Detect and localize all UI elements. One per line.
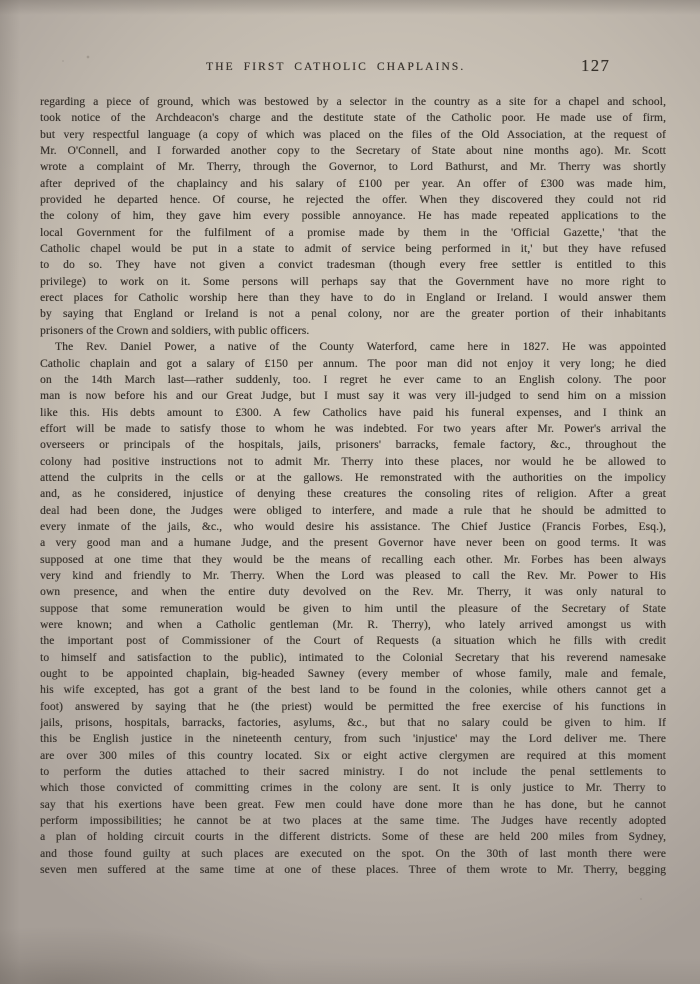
text-line: foot) answered by saying that he (the pr… (40, 699, 666, 715)
text-line: and those found guilty at such places ar… (40, 846, 666, 862)
text-line: every inmate of the jails, &c., who woul… (40, 519, 666, 535)
text-line: to himself and satisfaction to the publi… (40, 650, 666, 666)
running-title: THE FIRST CATHOLIC CHAPLAINS. (206, 61, 465, 73)
text-line: like this. His debts amount to £300. A f… (40, 405, 666, 421)
text-line: Catholic chapel would be put in a state … (40, 241, 666, 257)
text-line: ought to be appointed chaplain, big-head… (40, 666, 666, 682)
text-line: attend the culprits in the cells or at t… (40, 470, 666, 486)
text-line: local Government for the fulfilment of a… (40, 225, 666, 241)
text-line: effort will be made to satisfy those to … (40, 421, 666, 437)
text-line: provided he departed hence. Of course, h… (40, 192, 666, 208)
text-block: regarding a piece of ground, which was b… (40, 94, 666, 879)
text-line: very kind and friendly to Mr. Therry. Wh… (40, 568, 666, 584)
text-line: perform impossibilities; he cannot be at… (40, 813, 666, 829)
text-line: a very good man and a humane Judge, and … (40, 535, 666, 551)
text-line: the colony of him, they gave him every p… (40, 208, 666, 224)
text-line: suppose that some remuneration would be … (40, 601, 666, 617)
page-header: THE FIRST CATHOLIC CHAPLAINS. 127 (0, 0, 700, 90)
text-line: jails, prisons, hospitals, barracks, fac… (40, 715, 666, 731)
text-line: Mr. O'Connell, and I forwarded another c… (40, 143, 666, 159)
text-line: prisoners of the Crown and soldiers, wit… (40, 323, 666, 339)
text-line: own presence, and when the entire duty d… (40, 584, 666, 600)
text-line: are over 300 miles of this country locat… (40, 748, 666, 764)
text-line: took notice of the Archdeacon's charge a… (40, 110, 666, 126)
text-line: after deprived of the chaplaincy and his… (40, 176, 666, 192)
text-line: The Rev. Daniel Power, a native of the C… (40, 339, 666, 355)
text-line: deal had been done, the Judges were obli… (40, 503, 666, 519)
text-line: to perform the duties attached to their … (40, 764, 666, 780)
text-line: were known; and when a Catholic gentlema… (40, 617, 666, 633)
text-line: a plan of holding circuit courts in the … (40, 829, 666, 845)
text-line: say that his exertions have been great. … (40, 797, 666, 813)
text-line: man is now before his and our Great Judg… (40, 388, 666, 404)
text-line: Catholic chaplain and got a salary of £1… (40, 356, 666, 372)
page-number: 127 (581, 56, 610, 76)
text-line: wrote a complaint of Mr. Therry, through… (40, 159, 666, 175)
text-line: on the 14th March last—rather suddenly, … (40, 372, 666, 388)
text-line: but very respectful language (a copy of … (40, 127, 666, 143)
text-line: by saying that England or Ireland is not… (40, 306, 666, 322)
text-line: seven men suffered at the same time at o… (40, 862, 666, 878)
text-line: which those convicted of committing crim… (40, 780, 666, 796)
text-line: overseers or principals of the hospitals… (40, 437, 666, 453)
paragraph: regarding a piece of ground, which was b… (40, 94, 666, 339)
text-line: the important post of Commissioner of th… (40, 633, 666, 649)
text-line: colony had positive instructions not to … (40, 454, 666, 470)
paragraph: The Rev. Daniel Power, a native of the C… (40, 339, 666, 878)
text-line: this be English justice in the nineteent… (40, 731, 666, 747)
text-line: privilege) to work on it. Some persons w… (40, 274, 666, 290)
text-line: his wife excepted, has got a grant of th… (40, 682, 666, 698)
text-line: and, as he considered, injustice of deny… (40, 486, 666, 502)
scanned-book-page: THE FIRST CATHOLIC CHAPLAINS. 127 regard… (0, 0, 700, 984)
text-line: regarding a piece of ground, which was b… (40, 94, 666, 110)
text-line: to do so. They have not given a convict … (40, 257, 666, 273)
text-line: erect places for Catholic worship here t… (40, 290, 666, 306)
text-line: supposed at one time that they would be … (40, 552, 666, 568)
